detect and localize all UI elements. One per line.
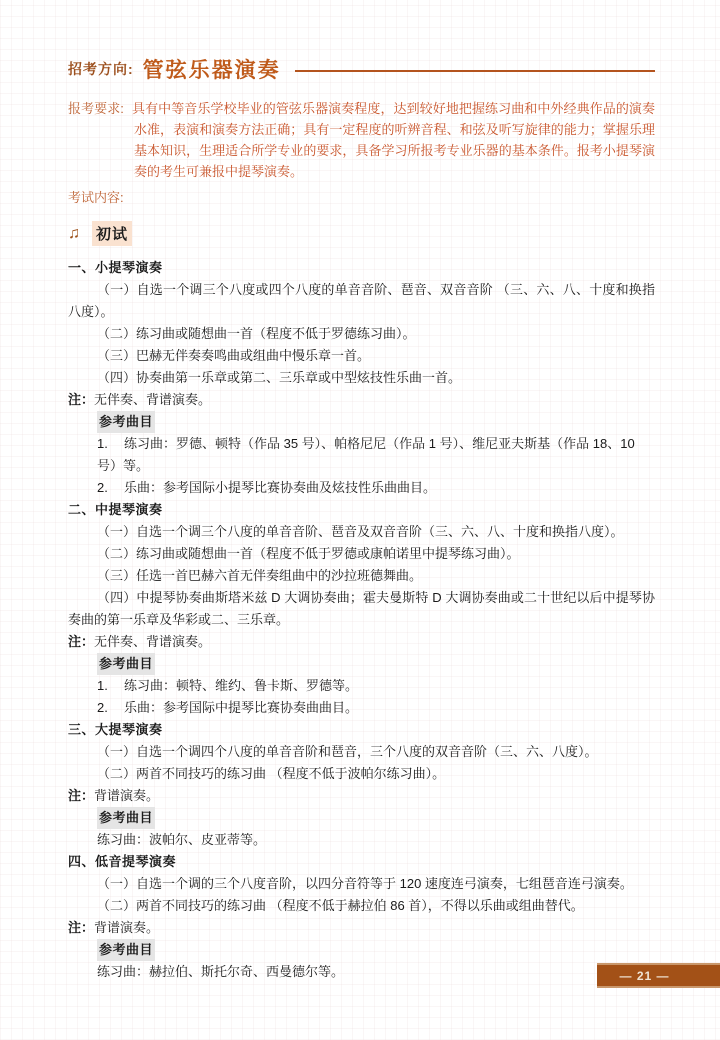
section-heading: 二、中提琴演奏 (68, 499, 655, 521)
reference-heading-row: 参考曲目 (68, 807, 655, 829)
ref-number: 1. (97, 675, 124, 697)
page-number-badge: — 21 — (597, 963, 720, 988)
exam-item: （二）两首不同技巧的练习曲 （程度不低于波帕尔练习曲）。 (68, 763, 655, 785)
note-line: 注：无伴奏、背谱演奏。 (68, 389, 655, 411)
reference-heading-row: 参考曲目 (68, 653, 655, 675)
section-heading: 一、小提琴演奏 (68, 257, 655, 279)
note-text: 背谱演奏。 (94, 920, 159, 935)
exam-item: （二）练习曲或随想曲一首（程度不低于罗德或康帕诺里中提琴练习曲）。 (68, 543, 655, 565)
exam-item: （一）自选一个调三个八度的单音音阶、琶音及双音音阶（三、六、八、十度和换指八度）… (68, 521, 655, 543)
requirements-text: 具有中等音乐学校毕业的管弦乐器演奏程度，达到较好地把握练习曲和中外经典作品的演奏… (132, 101, 655, 179)
section-cello: 三、大提琴演奏 （一）自选一个调四个八度的单音音阶和琶音，三个八度的双音音阶（三… (68, 719, 655, 851)
exam-item: （三）巴赫无伴奏奏鸣曲或组曲中慢乐章一首。 (68, 345, 655, 367)
exam-content-label: 考试内容: (68, 187, 655, 208)
reference-heading-row: 参考曲目 (68, 939, 655, 961)
note-label: 注： (68, 788, 94, 803)
note-text: 无伴奏、背谱演奏。 (94, 392, 211, 407)
ref-number: 2. (97, 697, 124, 719)
ref-text: 乐曲：参考国际中提琴比赛协奏曲曲目。 (124, 700, 358, 715)
section-viola: 二、中提琴演奏 （一）自选一个调三个八度的单音音阶、琶音及双音音阶（三、六、八、… (68, 499, 655, 719)
requirements-paragraph: 报考要求:具有中等音乐学校毕业的管弦乐器演奏程度，达到较好地把握练习曲和中外经典… (68, 98, 655, 182)
exam-item: （四）中提琴协奏曲斯塔米兹 D 大调协奏曲；霍夫曼斯特 D 大调协奏曲或二十世纪… (68, 587, 655, 631)
note-text: 背谱演奏。 (94, 788, 159, 803)
section-violin: 一、小提琴演奏 （一）自选一个调三个八度或四个八度的单音音阶、琶音、双音音阶 （… (68, 257, 655, 499)
ref-text: 练习曲：罗德、顿特（作品 35 号）、帕格尼尼（作品 1 号）、维尼亚夫斯基（作… (97, 436, 635, 473)
page-title: 管弦乐器演奏 (143, 54, 281, 84)
exam-item: （二）练习曲或随想曲一首（程度不低于罗德练习曲）。 (68, 323, 655, 345)
section-heading: 四、低音提琴演奏 (68, 851, 655, 873)
exam-item: （二）两首不同技巧的练习曲 （程度不低于赫拉伯 86 首），不得以乐曲或组曲替代… (68, 895, 655, 917)
exam-item: （三）任选一首巴赫六首无伴奏组曲中的沙拉班德舞曲。 (68, 565, 655, 587)
note-line: 注：背谱演奏。 (68, 917, 655, 939)
reference-item: 1.练习曲：罗德、顿特（作品 35 号）、帕格尼尼（作品 1 号）、维尼亚夫斯基… (68, 433, 655, 477)
document-page: 招考方向: 管弦乐器演奏 报考要求:具有中等音乐学校毕业的管弦乐器演奏程度，达到… (0, 0, 720, 1040)
title-rule-line (295, 70, 655, 72)
ref-text: 乐曲：参考国际小提琴比赛协奏曲及炫技性乐曲曲目。 (124, 480, 436, 495)
note-label: 注： (68, 392, 94, 407)
exam-item: （一）自选一个调的三个八度音阶，以四分音符等于 120 速度连弓演奏，七组琶音连… (68, 873, 655, 895)
note-line: 注：无伴奏、背谱演奏。 (68, 631, 655, 653)
exam-item: （一）自选一个调四个八度的单音音阶和琶音，三个八度的双音音阶（三、六、八度）。 (68, 741, 655, 763)
requirements-label: 报考要求: (68, 101, 124, 116)
reference-heading-row: 参考曲目 (68, 411, 655, 433)
note-line: 注：背谱演奏。 (68, 785, 655, 807)
exam-item: （四）协奏曲第一乐章或第二、三乐章或中型炫技性乐曲一首。 (68, 367, 655, 389)
note-label: 注： (68, 634, 94, 649)
reference-heading: 参考曲目 (97, 653, 155, 675)
reference-item: 1.练习曲：顿特、维约、鲁卡斯、罗德等。 (68, 675, 655, 697)
ref-number: 2. (97, 477, 124, 499)
header: 招考方向: 管弦乐器演奏 (68, 54, 655, 84)
round-title: 初试 (92, 221, 132, 246)
exam-item: （一）自选一个调三个八度或四个八度的单音音阶、琶音、双音音阶 （三、六、八、十度… (68, 279, 655, 323)
ref-number: 1. (97, 433, 124, 455)
note-text: 无伴奏、背谱演奏。 (94, 634, 211, 649)
reference-item: 2.乐曲：参考国际小提琴比赛协奏曲及炫技性乐曲曲目。 (68, 477, 655, 499)
reference-item: 2.乐曲：参考国际中提琴比赛协奏曲曲目。 (68, 697, 655, 719)
note-label: 注： (68, 920, 94, 935)
reference-heading: 参考曲目 (97, 807, 155, 829)
reference-item: 练习曲：波帕尔、皮亚蒂等。 (68, 829, 655, 851)
section-heading: 三、大提琴演奏 (68, 719, 655, 741)
reference-heading: 参考曲目 (97, 411, 155, 433)
direction-label: 招考方向: (68, 59, 134, 79)
reference-item: 练习曲：赫拉伯、斯托尔奇、西曼德尔等。 (68, 961, 655, 983)
reference-heading: 参考曲目 (97, 939, 155, 961)
section-double-bass: 四、低音提琴演奏 （一）自选一个调的三个八度音阶，以四分音符等于 120 速度连… (68, 851, 655, 983)
round-header: ♫ 初试 (68, 221, 655, 246)
ref-text: 练习曲：顿特、维约、鲁卡斯、罗德等。 (124, 678, 358, 693)
music-notes-icon: ♫ (68, 225, 80, 243)
